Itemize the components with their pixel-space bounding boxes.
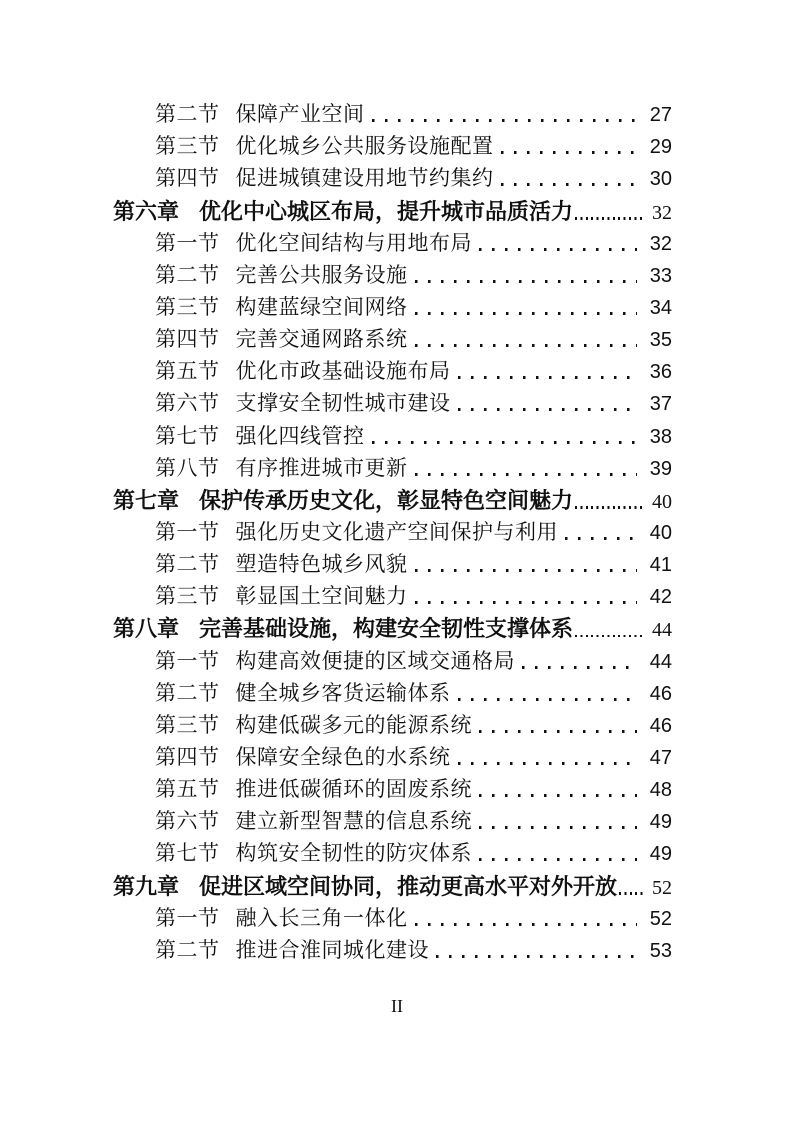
toc-entry-number: 第一节 <box>155 908 220 929</box>
toc-entry-number: 第六节 <box>155 393 220 414</box>
dot-leader <box>479 730 637 733</box>
toc-entry-number: 第七节 <box>155 843 220 864</box>
dot-leader <box>415 312 638 315</box>
toc-entry-page-number: 32 <box>645 203 672 223</box>
toc-entry-page-number: 37 <box>637 394 672 414</box>
toc-entry-number: 第三节 <box>155 297 220 318</box>
toc-entry-title: 建立新型智慧的信息系统 <box>236 811 473 832</box>
toc-entry-section[interactable]: 第四节 保障安全绿色的水系统 47 <box>113 740 672 772</box>
toc-entry-page-number: 46 <box>637 716 672 736</box>
toc-entry-page-number: 39 <box>637 459 672 479</box>
toc-entry-number: 第二节 <box>155 265 220 286</box>
toc-entry-number: 第八节 <box>155 458 220 479</box>
dot-leader <box>501 151 638 154</box>
toc-entry-section[interactable]: 第四节 完善交通网路系统 35 <box>113 322 672 354</box>
toc-entry-title: 完善交通网路系统 <box>236 329 408 350</box>
toc-entry-section[interactable]: 第三节 构建低碳多元的能源系统 46 <box>113 708 672 740</box>
toc-entry-number: 第七章 <box>113 490 179 512</box>
dot-leader <box>415 473 638 476</box>
toc-entry-section[interactable]: 第二节 推进合淮同城化建设 53 <box>113 933 672 965</box>
dot-leader <box>458 408 638 411</box>
page-number-folio: II <box>0 997 794 1015</box>
toc-entry-page-number: 47 <box>637 748 672 768</box>
toc-entry-section[interactable]: 第五节 推进低碳循环的固废系统 48 <box>113 772 672 804</box>
toc-entry-title: 完善公共服务设施 <box>236 265 408 286</box>
toc-entry-number: 第五节 <box>155 779 220 800</box>
toc-entry-page-number: 49 <box>637 844 672 864</box>
toc-entry-page-number: 29 <box>637 137 672 157</box>
toc-entry-title: 构建高效便捷的区域交通格局 <box>236 651 516 672</box>
toc-entry-page-number: 36 <box>637 362 672 382</box>
dot-leader <box>575 635 645 637</box>
toc-entry-page-number: 40 <box>645 492 672 512</box>
toc-entry-section[interactable]: 第五节 优化市政基础设施布局 36 <box>113 354 672 386</box>
toc-entry-section[interactable]: 第一节 构建高效便捷的区域交通格局 44 <box>113 643 672 675</box>
toc-entry-section[interactable]: 第六节 支撑安全韧性城市建设 37 <box>113 386 672 418</box>
toc-entry-title: 保障安全绿色的水系统 <box>236 747 451 768</box>
toc-entry-section[interactable]: 第二节 保障产业空间 27 <box>113 97 672 129</box>
dot-leader <box>415 923 638 926</box>
dot-leader <box>372 441 638 444</box>
toc-entry-page-number: 33 <box>637 266 672 286</box>
toc-entry-title: 构筑安全韧性的防灾体系 <box>236 843 473 864</box>
dot-leader <box>565 537 637 540</box>
dot-leader <box>372 119 638 122</box>
toc-entry-page-number: 52 <box>645 878 672 898</box>
toc-entry-page-number: 32 <box>637 234 672 254</box>
toc-entry-title: 有序推进城市更新 <box>236 458 408 479</box>
toc-entry-number: 第二节 <box>155 940 220 961</box>
toc-entry-number: 第二节 <box>155 554 220 575</box>
toc-entry-title: 健全城乡客货运输体系 <box>236 683 451 704</box>
dot-leader <box>522 666 637 669</box>
toc-entry-page-number: 40 <box>637 523 672 543</box>
toc-entry-title: 强化四线管控 <box>236 426 365 447</box>
toc-entry-number: 第三节 <box>155 715 220 736</box>
toc-entry-title: 彰显国土空间魅力 <box>236 586 408 607</box>
dot-leader <box>479 826 637 829</box>
dot-leader <box>415 569 638 572</box>
toc-entry-number: 第五节 <box>155 361 220 382</box>
toc-entry-title: 支撑安全韧性城市建设 <box>236 393 451 414</box>
dot-leader <box>415 601 638 604</box>
toc-entry-section[interactable]: 第八节 有序推进城市更新 39 <box>113 451 672 483</box>
toc-entry-chapter[interactable]: 第九章 促进区域空间协同，推动更高水平对外开放 52 <box>113 868 672 900</box>
toc-entry-chapter[interactable]: 第七章 保护传承历史文化，彰显特色空间魅力 40 <box>113 483 672 515</box>
toc-entry-section[interactable]: 第一节 优化空间结构与用地布局 32 <box>113 226 672 258</box>
toc-entry-chapter[interactable]: 第六章 优化中心城区布局，提升城市品质活力 32 <box>113 193 672 225</box>
toc-entry-section[interactable]: 第七节 强化四线管控 38 <box>113 418 672 450</box>
toc-entry-section[interactable]: 第三节 构建蓝绿空间网络 34 <box>113 290 672 322</box>
toc-entry-page-number: 46 <box>637 684 672 704</box>
toc-entry-title: 优化中心城区布局，提升城市品质活力 <box>199 201 573 223</box>
toc-entry-page-number: 30 <box>637 169 672 189</box>
toc-entry-title: 融入长三角一体化 <box>236 908 408 929</box>
dot-leader <box>479 248 637 251</box>
toc-entry-title: 保障产业空间 <box>236 104 365 125</box>
toc-entry-page-number: 44 <box>637 652 672 672</box>
toc-entry-title: 优化市政基础设施布局 <box>236 361 451 382</box>
toc-entry-title: 优化城乡公共服务设施配置 <box>236 136 494 157</box>
toc-entry-section[interactable]: 第三节 优化城乡公共服务设施配置 29 <box>113 129 672 161</box>
toc-entry-title: 促进城镇建设用地节约集约 <box>236 168 494 189</box>
toc-entry-page-number: 52 <box>637 909 672 929</box>
toc-entry-number: 第三节 <box>155 586 220 607</box>
dot-leader <box>415 344 638 347</box>
dot-leader <box>479 794 637 797</box>
toc-entry-number: 第四节 <box>155 747 220 768</box>
toc-entry-title: 推进低碳循环的固废系统 <box>236 779 473 800</box>
toc-entry-section[interactable]: 第二节 完善公共服务设施 33 <box>113 258 672 290</box>
toc-entry-number: 第七节 <box>155 426 220 447</box>
toc-entry-section[interactable]: 第七节 构筑安全韧性的防灾体系 49 <box>113 836 672 868</box>
toc-entry-chapter[interactable]: 第八章 完善基础设施，构建安全韧性支撑体系 44 <box>113 611 672 643</box>
dot-leader <box>436 955 637 958</box>
toc-entry-section[interactable]: 第三节 彰显国土空间魅力 42 <box>113 579 672 611</box>
toc-entry-page-number: 49 <box>637 812 672 832</box>
toc-entry-number: 第四节 <box>155 168 220 189</box>
toc-entry-section[interactable]: 第一节 融入长三角一体化 52 <box>113 901 672 933</box>
document-page: 第二节 保障产业空间 27 第三节 优化城乡公共服务设施配置 29 第四节 促进… <box>0 0 794 1122</box>
dot-leader <box>458 762 638 765</box>
toc-entry-page-number: 34 <box>637 298 672 318</box>
table-of-contents: 第二节 保障产业空间 27 第三节 优化城乡公共服务设施配置 29 第四节 促进… <box>113 97 672 965</box>
toc-entry-section[interactable]: 第四节 促进城镇建设用地节约集约 30 <box>113 161 672 193</box>
toc-entry-title: 推进合淮同城化建设 <box>236 940 430 961</box>
toc-entry-number: 第八章 <box>113 618 179 640</box>
toc-entry-section[interactable]: 第二节 健全城乡客货运输体系 46 <box>113 676 672 708</box>
toc-entry-title: 优化空间结构与用地布局 <box>236 233 473 254</box>
toc-entry-page-number: 41 <box>637 555 672 575</box>
toc-entry-number: 第一节 <box>155 522 220 543</box>
toc-entry-title: 促进区域空间协同，推动更高水平对外开放 <box>199 876 617 898</box>
toc-entry-number: 第一节 <box>155 651 220 672</box>
toc-entry-title: 构建低碳多元的能源系统 <box>236 715 473 736</box>
dot-leader <box>501 183 638 186</box>
toc-entry-page-number: 48 <box>637 780 672 800</box>
toc-entry-number: 第三节 <box>155 136 220 157</box>
toc-entry-number: 第九章 <box>113 876 179 898</box>
dot-leader <box>575 506 645 508</box>
toc-entry-page-number: 35 <box>637 330 672 350</box>
toc-entry-title: 保护传承历史文化，彰显特色空间魅力 <box>199 490 573 512</box>
dot-leader <box>619 892 645 894</box>
dot-leader <box>479 858 637 861</box>
toc-entry-title: 构建蓝绿空间网络 <box>236 297 408 318</box>
dot-leader <box>458 698 638 701</box>
dot-leader <box>458 376 638 379</box>
toc-entry-number: 第二节 <box>155 104 220 125</box>
toc-entry-title: 强化历史文化遗产空间保护与利用 <box>236 522 559 543</box>
dot-leader <box>575 217 645 219</box>
toc-entry-number: 第六章 <box>113 201 179 223</box>
toc-entry-title: 完善基础设施，构建安全韧性支撑体系 <box>199 618 573 640</box>
toc-entry-section[interactable]: 第二节 塑造特色城乡风貌 41 <box>113 547 672 579</box>
toc-entry-number: 第四节 <box>155 329 220 350</box>
toc-entry-page-number: 42 <box>637 587 672 607</box>
toc-entry-page-number: 38 <box>637 427 672 447</box>
dot-leader <box>415 280 638 283</box>
toc-entry-number: 第六节 <box>155 811 220 832</box>
toc-entry-page-number: 44 <box>645 620 672 640</box>
toc-entry-section[interactable]: 第六节 建立新型智慧的信息系统 49 <box>113 804 672 836</box>
toc-entry-section[interactable]: 第一节 强化历史文化遗产空间保护与利用 40 <box>113 515 672 547</box>
toc-entry-page-number: 53 <box>637 941 672 961</box>
toc-entry-number: 第一节 <box>155 233 220 254</box>
toc-entry-page-number: 27 <box>637 105 672 125</box>
toc-entry-title: 塑造特色城乡风貌 <box>236 554 408 575</box>
toc-entry-number: 第二节 <box>155 683 220 704</box>
